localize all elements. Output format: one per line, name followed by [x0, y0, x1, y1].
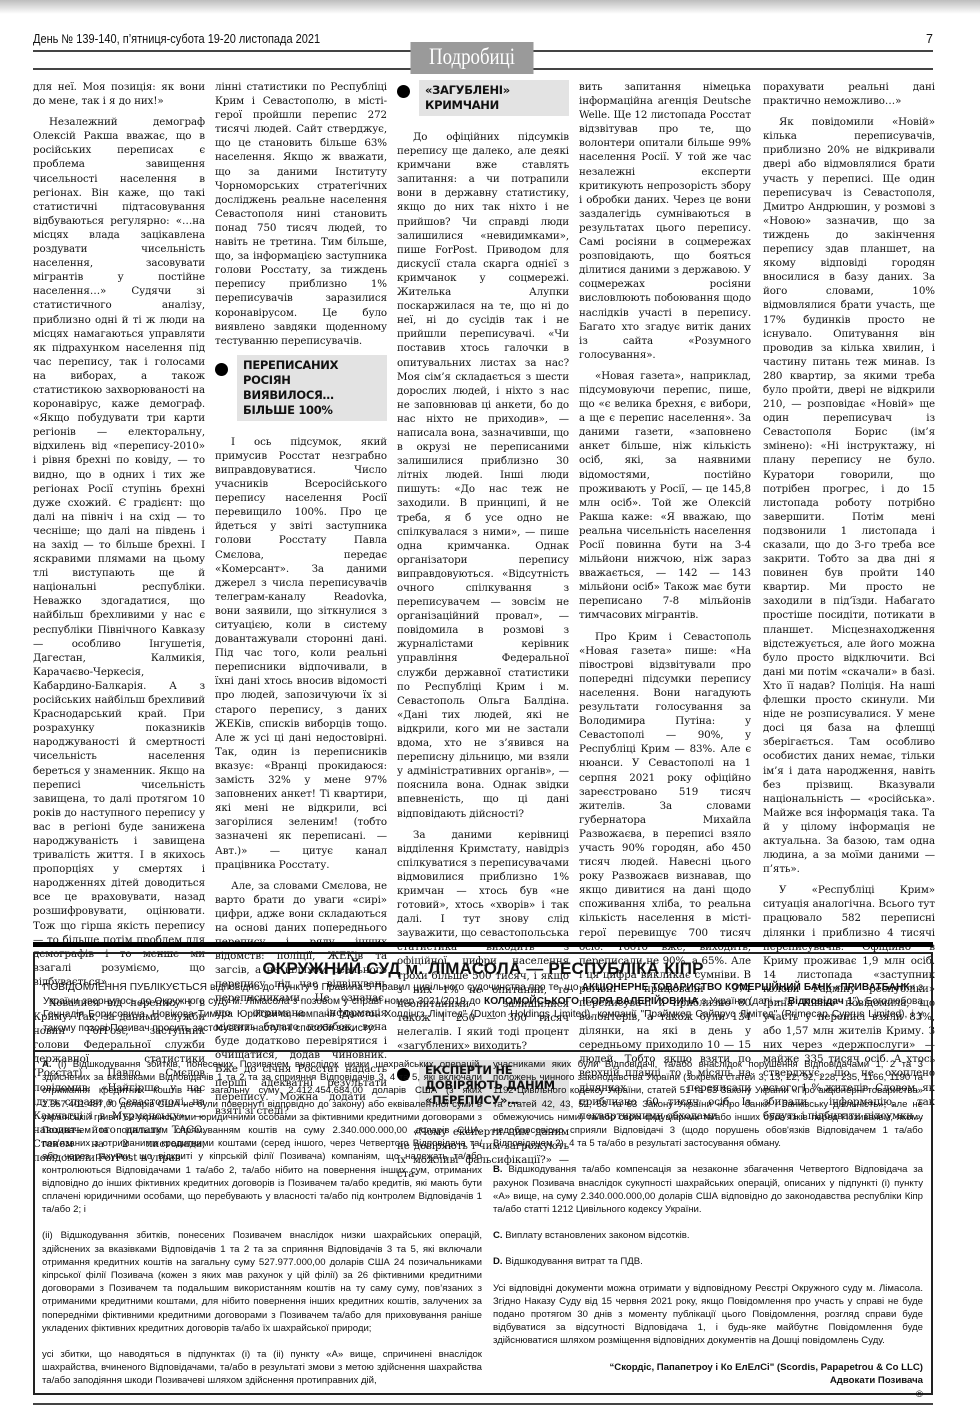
paragraph: порахувати реальні дані практично неможл… [763, 80, 935, 108]
bullet-icon [397, 85, 410, 98]
paragraph: «Новая газета», наприклад, підсумовуючи … [579, 369, 751, 623]
subheading: «ЗАГУБЛЕНІ» КРИМЧАНИ [397, 80, 569, 116]
clause-a-i: А. (i) Відшкодування збитків, понесених … [42, 1058, 482, 1216]
clause-a-continued: учасниками яких були Відповідачі, та/або… [493, 1058, 923, 1150]
respondent-label: Відповідач 1 [788, 996, 853, 1007]
intro-text: ПОВІДОМЛЕННЯ ПУБЛІКУЄТЬСЯ відповідно до … [43, 982, 582, 993]
clause-label: D. [493, 1256, 503, 1267]
issue-info: День № 139-140, п’ятниця-субота 19-20 ли… [33, 32, 320, 46]
page-number: 7 [926, 32, 933, 46]
clause-text: (i) Відшкодування збитків, понесених Поз… [42, 1059, 482, 1215]
bullet-icon [215, 363, 228, 376]
paragraph: лінні статистики по Республіці Крим і Се… [215, 80, 387, 348]
court-notice: ОКРУЖНИЙ СУД м. ЛІМАСОЛА — РЕСПУБЛІКА КІ… [33, 952, 933, 1395]
subheading: ПЕРЕПИСАНИХ РОСІЯН ВИЯВИЛОСЯ… БІЛЬШЕ 100… [215, 355, 387, 421]
clause-b: B. Відшкодування та/або компенсація за н… [493, 1163, 923, 1216]
paragraph: До офіційних підсумків перепису ще далек… [397, 130, 569, 821]
notice-title: ОКРУЖНИЙ СУД м. ЛІМАСОЛА — РЕСПУБЛІКА КІ… [35, 962, 931, 975]
subheading-text: ПЕРЕПИСАНИХ РОСІЯН ВИЯВИЛОСЯ… БІЛЬШЕ 100… [237, 355, 387, 421]
subheading-text: «ЗАГУБЛЕНІ» КРИМЧАНИ [419, 80, 569, 116]
notice-right-column: учасниками яких були Відповідачі, та/або… [493, 1058, 923, 1401]
signature-firm: “Скордіс, Папапетроу і Ко ЕлЕлСі" (Scord… [493, 1361, 923, 1374]
paragraph: вить запитання німецька інформаційна аге… [579, 80, 751, 362]
notice-left-column: А. (i) Відшкодування збитків, понесених … [42, 1058, 482, 1401]
intro-text: з України (далі – “ [698, 996, 788, 1007]
notice-top-bar [33, 942, 933, 947]
clause-c: C. Виплату встановлених законом відсоткі… [493, 1229, 923, 1242]
defendant-name: КОЛОМОЙСЬКОГО ІГОРЯ ВАЛЕРІЙОВИЧА [484, 996, 698, 1007]
plaintiff-name: АКЦІОНЕРНЕ ТОВАРИСТВО КОМЕРЦІЙНИЙ БАНК «… [582, 982, 916, 993]
paragraph: Як повідомили «Новій» кілька переписувач… [763, 115, 935, 876]
page-bottom-rule [33, 1403, 933, 1405]
notice-intro: ПОВІДОМЛЕННЯ ПУБЛІКУЄТЬСЯ відповідно до … [43, 981, 923, 1035]
clause-a-ii: (ii) Відшкодування збитків, понесених По… [42, 1229, 482, 1335]
clause-a-summary: усі збитки, що наводяться в підпунктах (… [42, 1348, 482, 1388]
clause-label: B. [493, 1164, 503, 1175]
closing-text: Усі відповідні документи можна отримати … [493, 1282, 923, 1348]
paragraph: І ось підсумок, який примусив Росстат не… [215, 435, 387, 872]
clause-text: Відшкодування та/або компенсація за неза… [493, 1164, 923, 1215]
paragraph: Незалежний демограф Олексій Ракша вважає… [33, 115, 205, 989]
registered-mark-icon: ® [493, 1388, 923, 1401]
section-title: Подробиці [411, 42, 534, 74]
signature-role: Адвокати Позивача [493, 1374, 923, 1387]
page-top-shadow [0, 0, 980, 14]
clause-label: А. [42, 1059, 52, 1070]
clause-d: D. Відшкодування витрат та ПДВ. [493, 1255, 923, 1268]
clause-label: C. [493, 1230, 503, 1241]
notice-divider [35, 1050, 931, 1052]
clause-text: Відшкодування витрат та ПДВ. [503, 1256, 643, 1267]
paragraph: для неї. Моя позиція: як вони до мене, т… [33, 80, 205, 108]
page-header: День № 139-140, п’ятниця-субота 19-20 ли… [33, 30, 933, 70]
clause-text: Виплату встановлених законом відсотків. [503, 1230, 690, 1241]
